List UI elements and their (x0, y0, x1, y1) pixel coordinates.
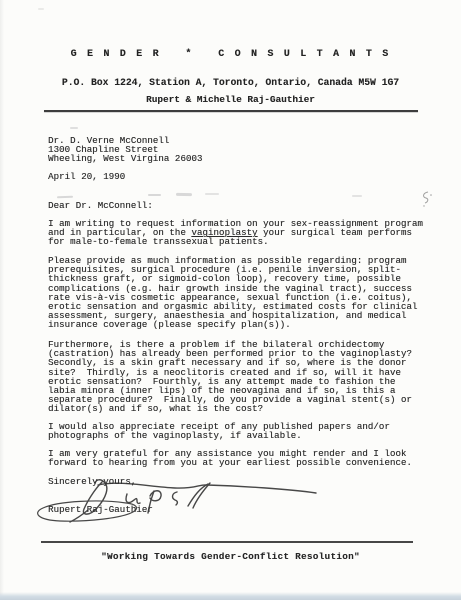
recipient-address-block: Dr. D. Verne McConnell 1300 Chapline Str… (48, 136, 202, 164)
paragraph-2: Please provide as much information as po… (48, 256, 417, 330)
paragraph-4: I would also appreciate receipt of any p… (48, 422, 390, 440)
handwritten-signature (30, 456, 330, 528)
salutation: Dear Dr. McConnell: (48, 201, 153, 210)
scan-bottom-edge (0, 592, 461, 600)
scan-smudge (38, 8, 44, 10)
scan-smudge (57, 196, 73, 199)
letterhead-divider-rule (44, 110, 418, 112)
paragraph-1: I am writing to request information on y… (48, 219, 423, 247)
scan-smudge (205, 193, 219, 195)
scan-smudge (176, 193, 192, 196)
letterhead-names: Rupert & Michelle Raj-Gauthier (0, 94, 461, 105)
letterhead-title: G E N D E R * C O N S U L T A N T S (0, 49, 461, 60)
footer-slogan: "Working Towards Gender-Conflict Resolut… (0, 551, 461, 562)
scan-squiggle-artifact (418, 190, 438, 210)
paragraph-3: Furthermore, is there a problem if the b… (48, 340, 412, 414)
letterhead-address: P.O. Box 1224, Station A, Toronto, Ontar… (0, 77, 461, 88)
scan-smudge (70, 127, 78, 129)
para1-line2-post: your surgical team performs (258, 227, 412, 238)
scan-left-edge-shadow (0, 0, 4, 600)
scanned-letter-page: G E N D E R * C O N S U L T A N T S P.O.… (0, 0, 461, 600)
letter-date: April 20, 1990 (48, 172, 125, 181)
scan-smudge (148, 194, 161, 196)
recipient-city: Wheeling, West Virgina 26003 (48, 154, 202, 163)
scan-smudge (352, 195, 362, 197)
footer-divider-rule (41, 541, 413, 543)
